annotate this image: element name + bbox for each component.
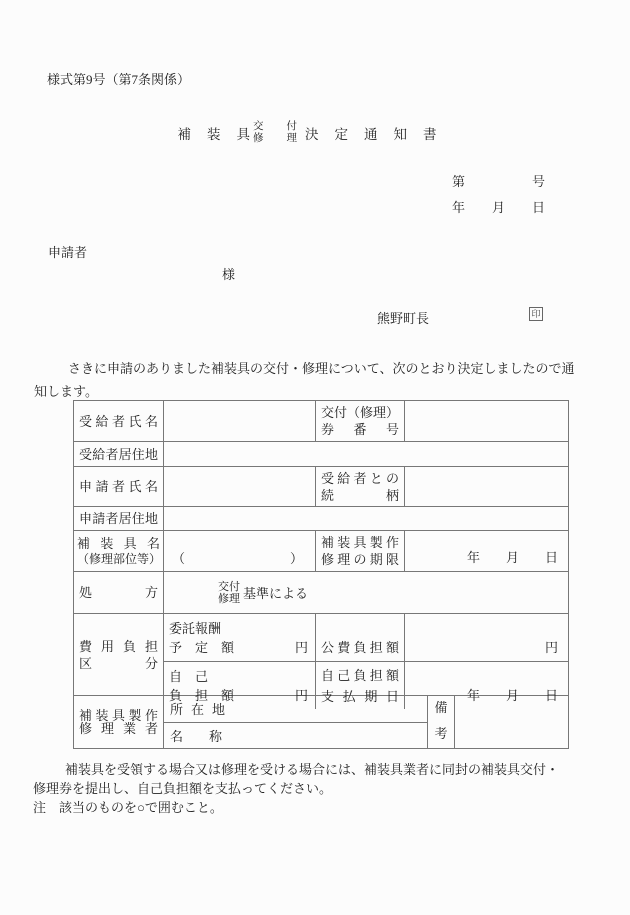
ticket-number-label-cell: 交付（修理） 券番号 xyxy=(316,401,405,441)
note-line2: 修理券を提出し、自己負担額を支払ってください。 xyxy=(33,781,332,797)
deadline-label-cell: 補装具製作 修理の期限 xyxy=(316,531,405,571)
self-line1: 自 己 xyxy=(164,666,315,685)
document-number-line: 第 号 xyxy=(452,174,545,189)
remarks-char-bottom: 考 xyxy=(434,727,447,740)
table-row-recipient-name: 受給者氏名 交付（修理） 券番号 xyxy=(74,401,568,442)
table-row-recipient-address: 受給者居住地 xyxy=(74,442,568,467)
maker-address-name-cells: 所在地 名 称 xyxy=(164,696,428,748)
relation-value-cell xyxy=(405,467,568,506)
remarks-value-cell xyxy=(455,696,568,748)
table-row-maker-group: 補装具製作 修理業者 所在地 名 称 備 考 xyxy=(74,696,568,748)
recipient-name-label-cell: 受給者氏名 xyxy=(74,401,164,441)
applicant-name-value-cell xyxy=(164,467,316,506)
public-burden-value-cell: 円 xyxy=(405,614,568,661)
honorific-sama: 様 xyxy=(222,267,235,283)
device-name-label-cell: 補装具名 （修理部位等） xyxy=(74,531,164,571)
intro-paragraph-line2: 知します。 xyxy=(34,384,98,400)
recipient-address-label-cell: 受給者居住地 xyxy=(74,442,164,466)
maker-label-line2: 修理業者 xyxy=(79,722,158,735)
applicant-address-label: 申請者居住地 xyxy=(79,510,158,527)
title-stacked-top: 交付 xyxy=(253,121,297,133)
deadline-label-line2: 修理の期限 xyxy=(321,551,399,568)
paren-open: （ xyxy=(172,548,185,567)
cost-label-line1: 費用負担 xyxy=(79,638,158,655)
public-burden-label-cell: 公費負担額 xyxy=(316,614,405,661)
table-row-prescription: 処方 交付 修理 基準による xyxy=(74,572,568,614)
prescription-label: 処方 xyxy=(79,584,158,601)
recipient-name-label: 受給者氏名 xyxy=(79,413,158,430)
fee-line2: 予 定 額 xyxy=(169,637,234,656)
maker-address-label: 所在地 xyxy=(164,696,427,723)
issuer-name: 熊野町長 xyxy=(377,311,429,327)
prescription-stacked-bottom: 修理 xyxy=(218,593,240,605)
cost-label-line2: 区分 xyxy=(79,655,158,672)
applicant-label: 申請者 xyxy=(48,245,87,261)
paren-close: ） xyxy=(290,548,303,567)
applicant-name-label: 申請者氏名 xyxy=(79,478,158,495)
date-year: 年 xyxy=(452,200,465,215)
applicant-address-value-cell xyxy=(164,507,568,530)
prescription-stacked-top: 交付 xyxy=(218,581,240,593)
ticket-label-line1: 交付（修理） xyxy=(321,404,399,421)
maker-name-label: 名 称 xyxy=(164,723,427,749)
title-right: 決定通知書 xyxy=(305,123,453,143)
device-label-line2: （修理部位等） xyxy=(77,552,160,567)
prescription-stacked-fraction: 交付 修理 xyxy=(218,581,240,605)
document-page: 様式第9号（第7条関係） 補装具 交付 修理 決定通知書 第 号 年 月 日 申… xyxy=(0,0,630,915)
note-line1: 補装具を受領する場合又は修理を受ける場合には、補装具業者に同封の補装具交付・ xyxy=(33,762,559,778)
document-title: 補装具 交付 修理 決定通知書 xyxy=(0,118,630,148)
title-stacked-fraction: 交付 修理 xyxy=(253,121,297,145)
device-name-value-cell: （ ） xyxy=(164,531,316,571)
relation-label-line1: 受給者との xyxy=(321,470,399,487)
intro-paragraph-line1: さきに申請のありました補装具の交付・修理について、次のとおり決定しましたので通 xyxy=(34,361,574,377)
recipient-name-value-cell xyxy=(164,401,316,441)
remarks-label-cell: 備 考 xyxy=(428,696,455,748)
title-stacked-bottom: 修理 xyxy=(253,133,297,145)
ticket-label-line2: 券番号 xyxy=(321,421,399,438)
form-code: 様式第9号（第7条関係） xyxy=(47,72,190,88)
selfpay-label-line1: 自己負担額 xyxy=(321,667,399,684)
applicant-address-label-cell: 申請者居住地 xyxy=(74,507,164,530)
remarks-char-top: 備 xyxy=(434,701,447,714)
cost-subrow-fee: 委託報酬 予 定 額 円 公費負担額 円 xyxy=(164,614,568,662)
date-month: 月 xyxy=(492,200,505,215)
doc-number-prefix: 第 xyxy=(452,174,465,189)
device-label-line1: 補装具名 xyxy=(77,535,160,552)
fee-unit-yen: 円 xyxy=(295,637,308,656)
maker-label-cell: 補装具製作 修理業者 xyxy=(74,696,164,748)
deadline-date-cell: 年 月 日 xyxy=(405,531,568,571)
applicant-name-label-cell: 申請者氏名 xyxy=(74,467,164,506)
public-burden-label: 公費負担額 xyxy=(321,639,399,656)
deadline-label-line1: 補装具製作 xyxy=(321,534,399,551)
doc-number-suffix: 号 xyxy=(532,174,545,189)
prescription-label-cell: 処方 xyxy=(74,572,164,613)
relation-label-line2: 続柄 xyxy=(321,487,399,504)
prescription-value-cell: 交付 修理 基準による xyxy=(164,572,568,613)
official-seal-mark: 印 xyxy=(529,307,543,321)
recipient-address-value-cell xyxy=(164,442,568,466)
cost-label-cell: 費用負担 区分 xyxy=(74,614,164,695)
table-row-applicant-address: 申請者居住地 xyxy=(74,507,568,531)
relation-label-cell: 受給者との 続柄 xyxy=(316,467,405,506)
prescription-text: 基準による xyxy=(243,583,308,602)
fee-line1: 委託報酬 xyxy=(164,618,315,637)
table-row-applicant-name: 申請者氏名 受給者との 続柄 xyxy=(74,467,568,507)
date-day: 日 xyxy=(532,200,545,215)
note-line3: 注 該当のものを○で囲むこと。 xyxy=(33,800,223,816)
recipient-address-label: 受給者居住地 xyxy=(79,446,158,463)
ticket-number-value-cell xyxy=(405,401,568,441)
fee-estimate-cell: 委託報酬 予 定 額 円 xyxy=(164,614,316,661)
decision-table: 受給者氏名 交付（修理） 券番号 受給者居住地 申請者氏名 受給者との xyxy=(73,400,569,749)
table-row-cost-group: 費用負担 区分 委託報酬 予 定 額 円 公費負担額 円 xyxy=(74,614,568,696)
document-date-line: 年 月 日 xyxy=(452,200,545,215)
table-row-device-name: 補装具名 （修理部位等） （ ） 補装具製作 修理の期限 年 月 日 xyxy=(74,531,568,572)
